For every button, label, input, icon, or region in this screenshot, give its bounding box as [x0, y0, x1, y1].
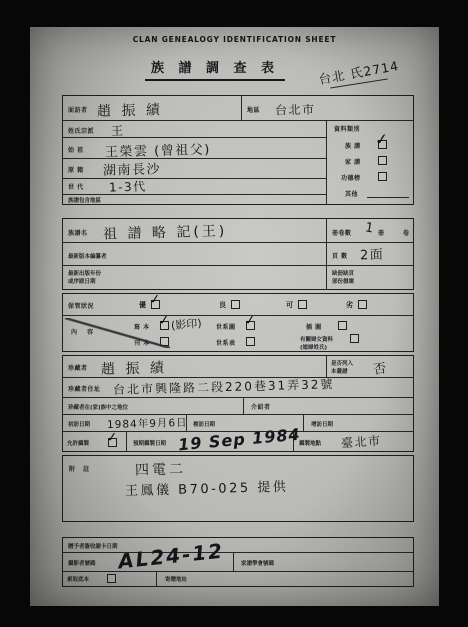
label-gongdebang: 功德榜	[341, 173, 361, 182]
value-interviewer: 趙 振 績	[97, 99, 163, 121]
value-first-visit: 1984年9月6日	[107, 415, 188, 432]
condition-table: 保管狀況 優 ✓ 良 ✓ 可 ✓ 劣 ✓ 內 容 寫 本 ✓ (影印) 世系圖 …	[62, 293, 414, 352]
label-revisit: 複訪日期	[193, 420, 215, 428]
label-mailing-address: 寄贈地址	[165, 575, 187, 583]
line	[243, 397, 244, 414]
label-additional-visit: 增訪日期	[311, 420, 333, 428]
label-camera-number: 攝影者號碼	[68, 559, 96, 567]
other-material-blank	[367, 197, 409, 198]
checkbox-cond-good	[231, 300, 240, 309]
label-cond-poor: 劣	[346, 300, 354, 310]
label-area: 地區	[247, 105, 260, 114]
value-film-place: 臺北市	[340, 432, 382, 452]
label-cond-excellent: 優	[139, 300, 147, 310]
microfilm-photo: CLAN GENEALOGY IDENTIFICATION SHEET 族 譜 …	[0, 0, 468, 627]
value-pages: 2面	[360, 244, 385, 264]
form-title-text: 族 譜 調 查 表	[145, 57, 285, 81]
checkbox-cond-poor	[358, 300, 367, 309]
value-film-date: 19 Sep 1984	[177, 425, 301, 455]
checkbox-gongdebang	[378, 172, 387, 181]
label-first-visit: 初訪日期	[68, 420, 90, 428]
label-surname: 姓氏宗派	[68, 126, 94, 135]
remarks-line1: 四電二	[135, 458, 187, 479]
checkbox-request-copy	[107, 574, 116, 583]
checkbox-jiapu	[378, 156, 387, 165]
label-pub-year-2: 或序跋日期	[68, 277, 96, 285]
line	[63, 265, 413, 266]
line	[326, 219, 327, 289]
label-condition: 保管狀況	[68, 301, 94, 310]
label-volume-unit-juan: 卷	[403, 228, 410, 237]
remarks-table: 附 註 四電二 王鳳儀 B70-025 提供	[62, 455, 414, 522]
line	[63, 137, 326, 138]
line	[303, 414, 304, 431]
label-origin: 原 籍	[68, 165, 84, 174]
label-first-ancestor: 始 祖	[68, 145, 84, 154]
note-women-info: (媳婦姓氏)	[300, 343, 327, 351]
label-jiapu: 家 譜	[345, 157, 361, 166]
holder-table: 珍藏者 趙 振 績 是否列入 本叢譜 否 珍藏者住址 台北市興隆路二段220巷3…	[62, 355, 414, 452]
value-first-ancestor: 王榮雲 (曾祖父)	[105, 139, 211, 161]
label-other-material: 其他	[345, 189, 358, 198]
line	[326, 120, 327, 204]
value-volume-count: 1	[364, 220, 376, 236]
line	[326, 356, 327, 377]
label-filming-permitted: 允許攝製	[67, 439, 89, 447]
label-holder-address: 珍藏者住址	[68, 384, 101, 393]
label-film-date: 預期攝製日期	[133, 439, 166, 447]
label-pedigree-chart: 世系圖	[216, 322, 236, 331]
value-listed: 否	[372, 357, 389, 378]
value-holder-address: 台北市興隆路二段220巷31弄32號	[113, 375, 335, 398]
label-volume-unit-ce: 冊	[378, 228, 385, 237]
label-listed-1: 是否列入	[331, 359, 353, 367]
label-generations: 世 代	[68, 182, 84, 191]
line	[233, 552, 234, 571]
label-listed-2: 本叢譜	[331, 367, 348, 375]
label-pages: 頁 數	[332, 251, 348, 260]
label-remarks: 附 註	[69, 464, 92, 473]
value-surname: 王	[111, 122, 125, 139]
form-paper: CLAN GENEALOGY IDENTIFICATION SHEET 族 譜 …	[30, 27, 439, 606]
value-holder: 趙 振 績	[101, 357, 167, 379]
label-printed: 刊 本	[134, 338, 150, 347]
checkbox-printed	[160, 337, 169, 346]
label-latest-editor: 最新版本編纂者	[68, 252, 107, 260]
label-manuscript: 寫 本	[134, 322, 150, 331]
volume-table: 族譜名 祖 譜 略 記(王) 冊卷數 1 冊 卷 最新版本編纂者 頁 數 2面 …	[62, 218, 414, 290]
label-pub-year-1: 最新出版年份	[68, 269, 101, 277]
checkbox-illustrations	[338, 321, 347, 330]
label-request-copy: 索取底本	[67, 575, 89, 583]
label-missing-1: 缺冊缺頁	[332, 269, 354, 277]
value-area: 台北市	[275, 100, 316, 118]
label-interviewer: 面訪者	[68, 105, 88, 114]
label-material-type: 資料類別	[334, 124, 360, 133]
label-genealogy-name: 族譜名	[68, 228, 88, 237]
label-thanks-card-date: 贈予者簽收謝卡日期	[68, 542, 118, 550]
checkbox-women-info	[350, 334, 359, 343]
line	[63, 552, 413, 553]
label-pedigree-table: 世系表	[216, 338, 236, 347]
line	[63, 414, 413, 415]
line	[126, 431, 127, 451]
value-camera-number: AL24-12	[117, 539, 225, 574]
line	[63, 571, 413, 572]
check-mark-manuscript: ✓	[157, 313, 172, 327]
sheet-header: CLAN GENEALOGY IDENTIFICATION SHEET	[30, 35, 439, 44]
label-film-place: 攝製地點	[299, 439, 321, 447]
label-volume-count: 冊卷數	[332, 228, 352, 237]
line	[63, 194, 326, 195]
value-origin: 湖南長沙	[103, 158, 161, 179]
check-mark-cond-excellent: ✓	[148, 292, 163, 306]
label-women-info: 有關婦女資料	[300, 335, 333, 343]
check-mark-pedigree-chart: ✓	[243, 313, 258, 327]
label-coverage: 族譜包含地區	[68, 196, 101, 204]
line	[241, 96, 242, 120]
check-mark-filming-permitted: ✓	[105, 430, 120, 444]
line	[63, 315, 413, 316]
label-zupu: 族 譜	[345, 141, 361, 150]
label-holder: 珍藏者	[68, 363, 88, 372]
check-mark-zupu: ✓	[373, 132, 390, 149]
note-manuscript: (影印)	[170, 315, 202, 334]
checkbox-cond-fair	[298, 300, 307, 309]
filming-table: 贈予者簽收謝卡日期 攝影者號碼 AL24-12 家譜學會號碼 索取底本 ✓ 寄贈…	[62, 537, 414, 587]
label-illustrations: 插 圖	[306, 322, 322, 331]
label-missing-2: 部份損壞	[332, 277, 354, 285]
value-generations: 1-3代	[109, 178, 147, 196]
remarks-line2: 王鳳儀 B70-025 提供	[125, 476, 289, 499]
value-genealogy-name: 祖 譜 略 記(王)	[103, 220, 228, 243]
label-cond-fair: 可	[286, 300, 294, 310]
line	[156, 571, 157, 586]
checkbox-pedigree-table	[246, 337, 255, 346]
label-content: 內 容	[71, 327, 97, 336]
label-holder-position: 珍藏者在(家)族中之地位	[68, 403, 128, 411]
label-introducer: 介紹者	[251, 402, 271, 411]
label-society-number: 家譜學會號碼	[241, 559, 274, 567]
label-cond-good: 良	[219, 300, 227, 310]
identity-table: 面訪者 趙 振 績 地區 台北市 姓氏宗派 王 始 祖 王榮雲 (曾祖父) 原 …	[62, 95, 414, 205]
